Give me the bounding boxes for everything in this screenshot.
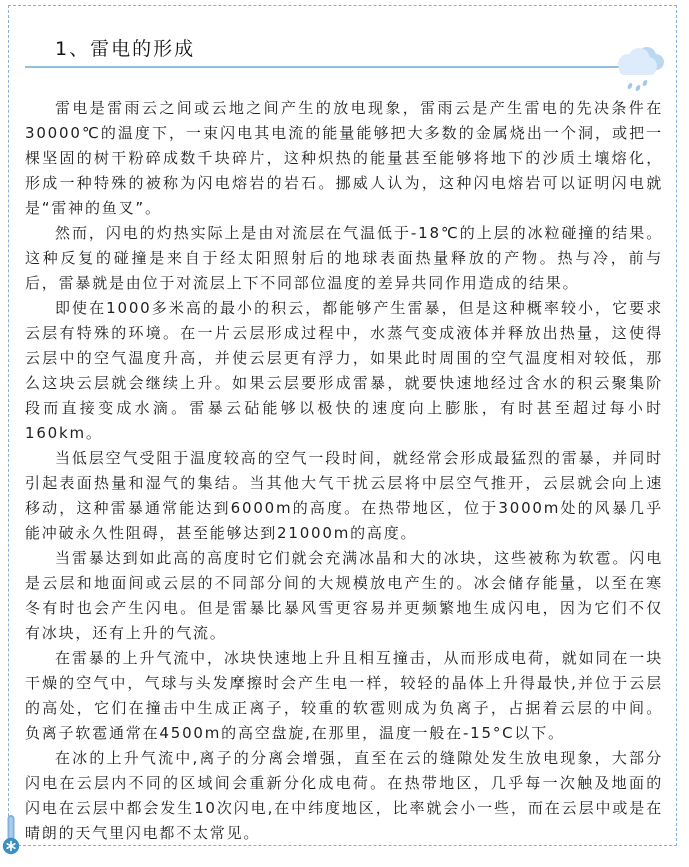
article-paragraph: 当低层空气受阻于温度较高的空气一段时间，就经常会形成最猛烈的雷暴，并同时引起表面…	[25, 446, 663, 546]
article-paragraph: 即使在1000多米高的最小的积云，都能够产生雷暴，但是这种概率较小，它要求云层有…	[25, 296, 663, 446]
document-page: 1、雷电的形成 雷电是雷雨云之间或云地之间产生的放电现象，雷雨云是产生雷电的先决…	[0, 0, 689, 867]
article-paragraph: 在雷暴的上升气流中，冰块快速地上升且相互撞击，从而形成电荷，就如同在一块干燥的空…	[25, 646, 663, 746]
rain-cloud-icon	[612, 42, 666, 92]
article-paragraph: 然而，闪电的灼热实际上是由对流层在气温低于-18℃的上层的冰粒碰撞的结果。这种反…	[25, 221, 663, 296]
article-paragraph: 在冰的上升气流中,离子的分离会增强，直至在云的缝隙处发生放电现象，大部分闪电在云…	[25, 746, 663, 846]
section-heading: 1、雷电的形成	[55, 34, 195, 61]
article-body: 雷电是雷雨云之间或云地之间产生的放电现象，雷雨云是产生雷电的先决条件在30000…	[25, 96, 663, 846]
snowflake-pin-icon	[1, 814, 21, 856]
article-paragraph: 当雷暴达到如此高的高度时它们就会充满冰晶和大的冰块，这些被称为软雹。闪电是云层和…	[25, 546, 663, 646]
heading-divider	[25, 66, 661, 68]
article-paragraph: 雷电是雷雨云之间或云地之间产生的放电现象，雷雨云是产生雷电的先决条件在30000…	[25, 96, 663, 221]
